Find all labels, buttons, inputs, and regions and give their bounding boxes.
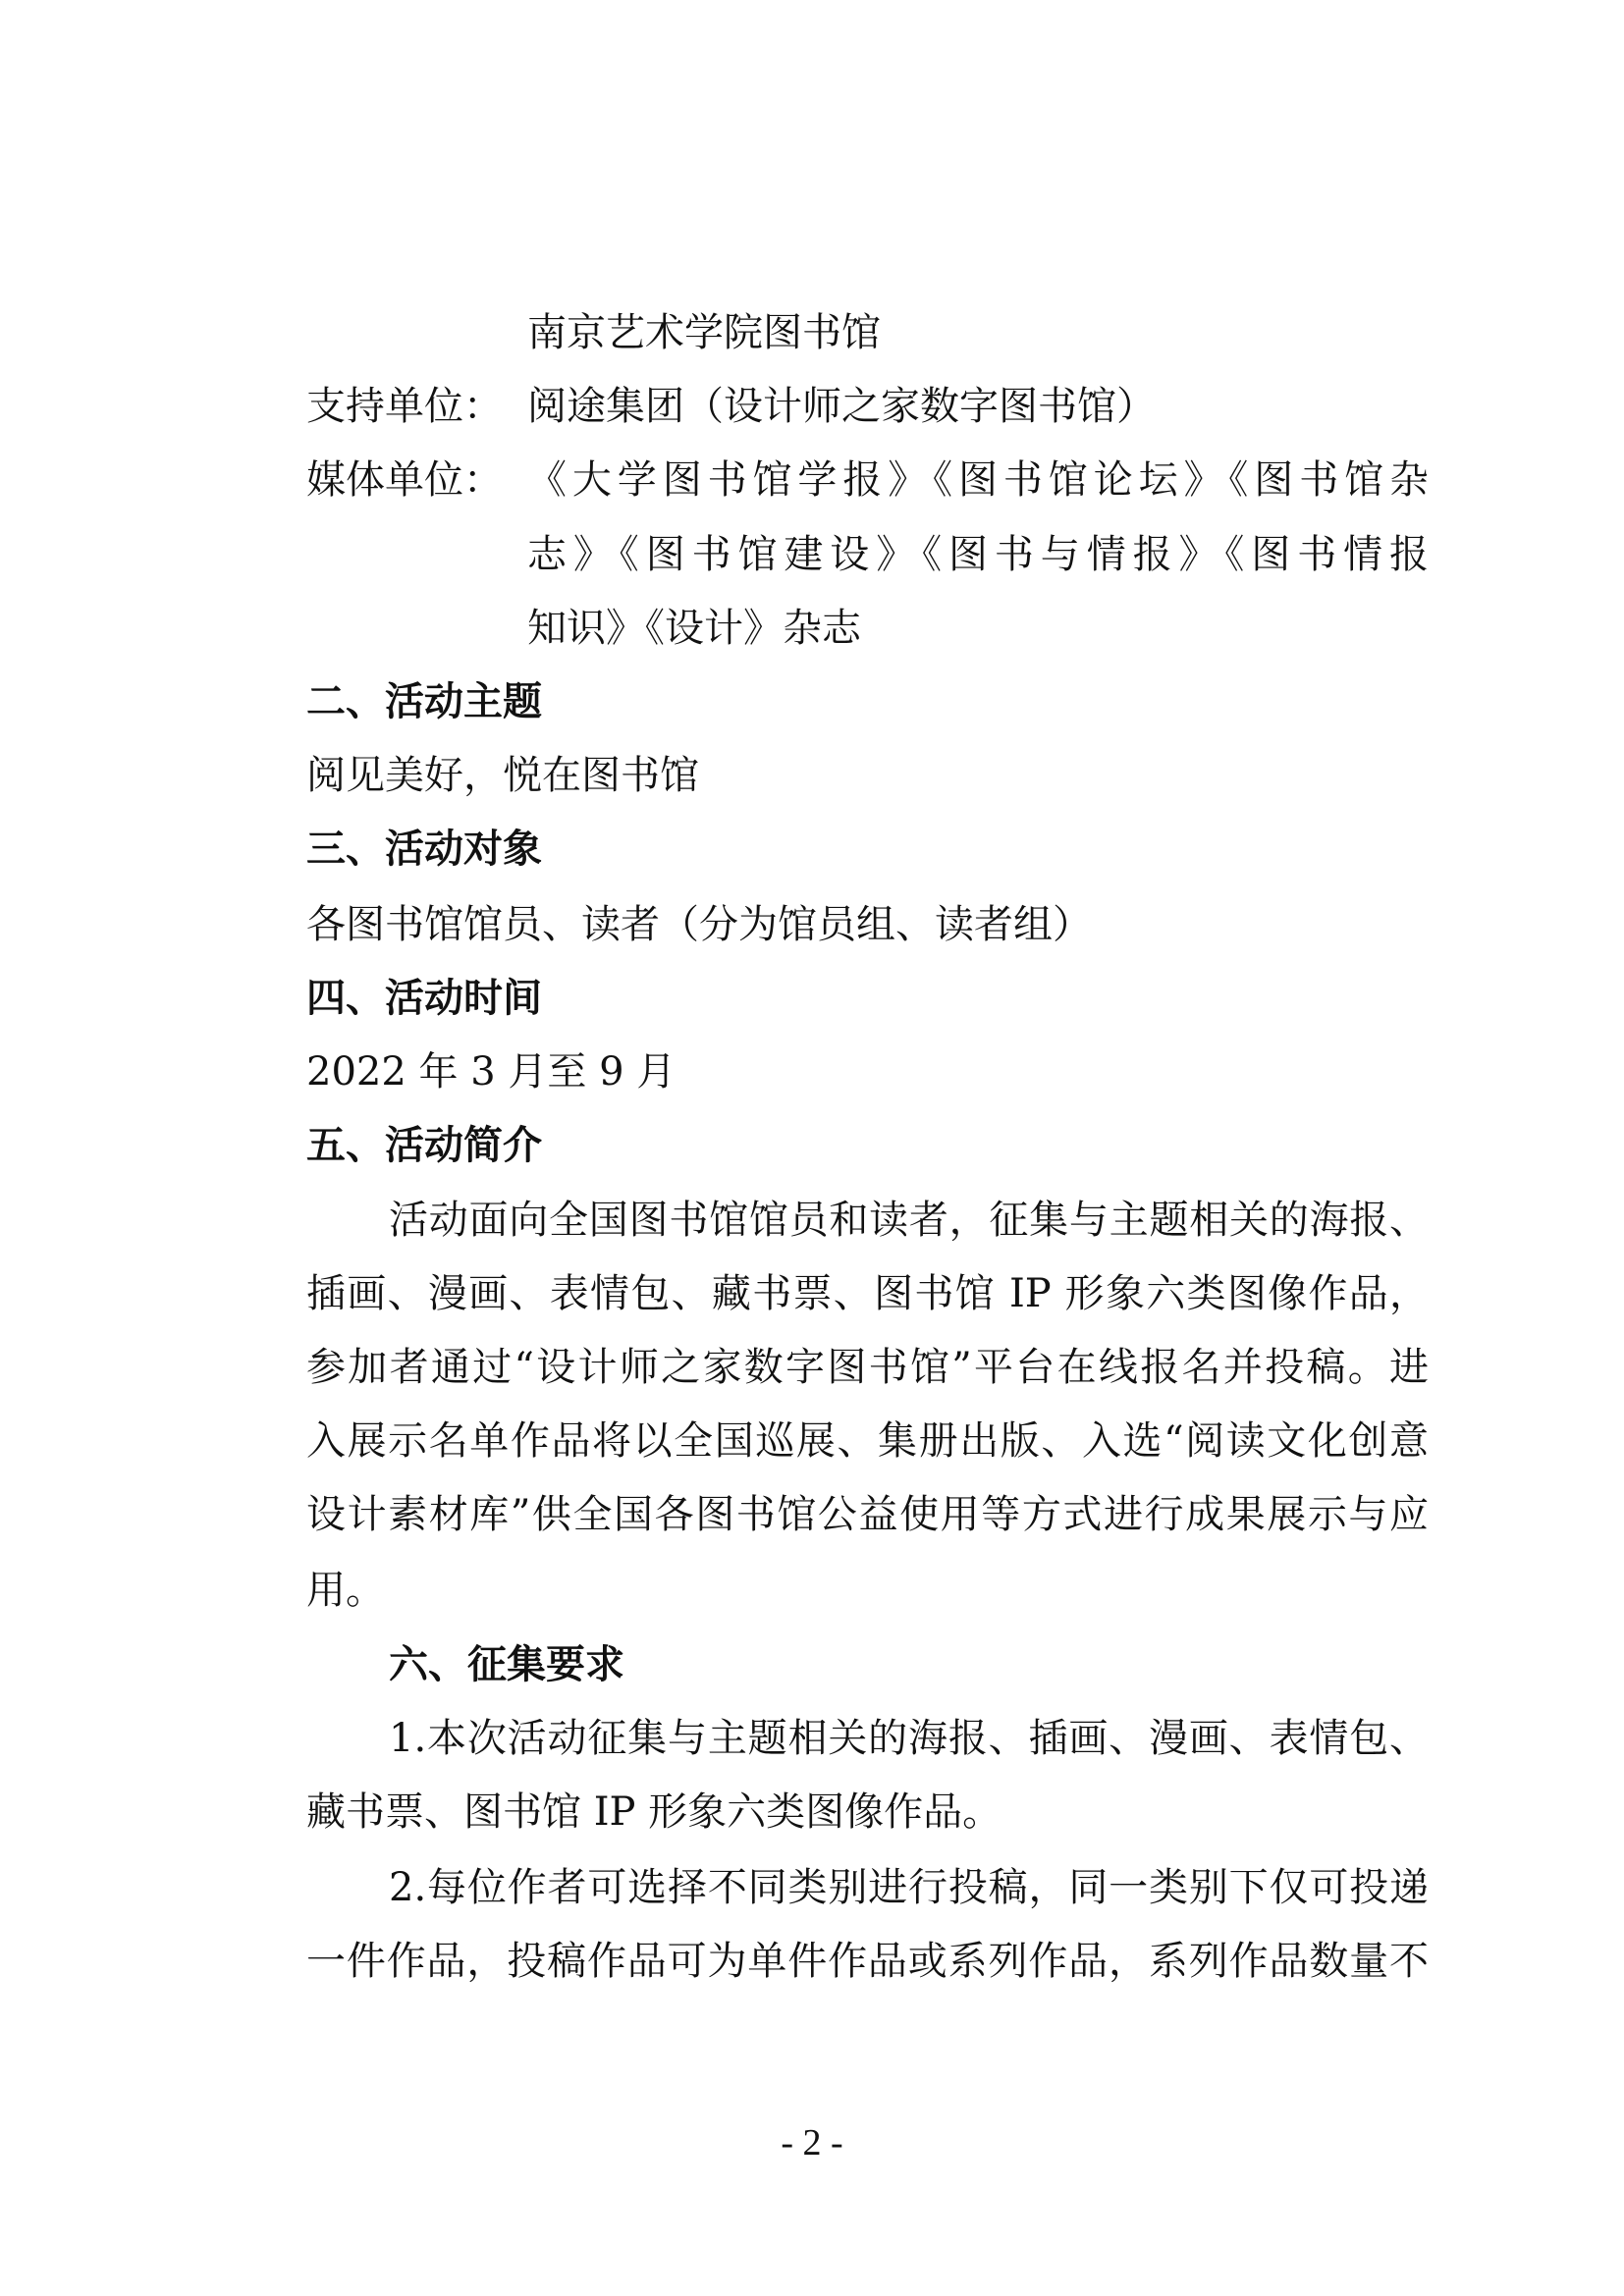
media-unit-line: 知识》《设计》杂志 [527,592,1429,666]
intro-paragraph-line: 插画、漫画、表情包、藏书票、图书馆 IP 形象六类图像作品， [306,1257,1429,1331]
host-unit-continued: 南京艺术学院图书馆 [527,296,1429,370]
media-unit-line: 《大学图书馆学报》《图书馆论坛》《图书馆杂 [527,444,1429,517]
requirement-line: 2.每位作者可选择不同类别进行投稿，同一类别下仅可投递 [306,1851,1429,1925]
audience-text: 各图书馆馆员、读者（分为馆员组、读者组） [306,888,1429,962]
intro-paragraph-line: 入展示名单作品将以全国巡展、集册出版、入选“阅读文化创意 [306,1405,1429,1478]
intro-paragraph-line: 活动面向全国图书馆馆员和读者，征集与主题相关的海报、 [306,1184,1429,1257]
requirement-line: 1.本次活动征集与主题相关的海报、插画、漫画、表情包、 [306,1702,1429,1776]
theme-text: 阅见美好，悦在图书馆 [306,739,1429,813]
media-unit-label: 媒体单位： [306,444,527,517]
section-heading-theme: 二、活动主题 [306,666,1429,739]
page-number: - 2 - [0,2110,1624,2175]
intro-paragraph-line: 参加者通过“设计师之家数字图书馆”平台在线报名并投稿。进 [306,1331,1429,1405]
intro-paragraph-line: 设计素材库”供全国各图书馆公益使用等方式进行成果展示与应 [306,1478,1429,1552]
section-heading-time: 四、活动时间 [306,962,1429,1036]
section-heading-requirements: 六、征集要求 [306,1629,1429,1702]
media-unit-line: 志》《图书馆建设》《图书与情报》《图书情报 [527,518,1429,592]
section-heading-audience: 三、活动对象 [306,813,1429,886]
section-heading-intro: 五、活动简介 [306,1109,1429,1183]
support-unit-label: 支持单位： [306,370,527,444]
time-text: 2022 年 3 月至 9 月 [306,1036,1429,1109]
requirement-line: 藏书票、图书馆 IP 形象六类图像作品。 [306,1776,1429,1849]
support-unit-value: 阅途集团（设计师之家数字图书馆） [527,370,1429,444]
requirement-line: 一件作品，投稿作品可为单件作品或系列作品，系列作品数量不 [306,1925,1429,1999]
intro-paragraph-line: 用。 [306,1554,1429,1628]
